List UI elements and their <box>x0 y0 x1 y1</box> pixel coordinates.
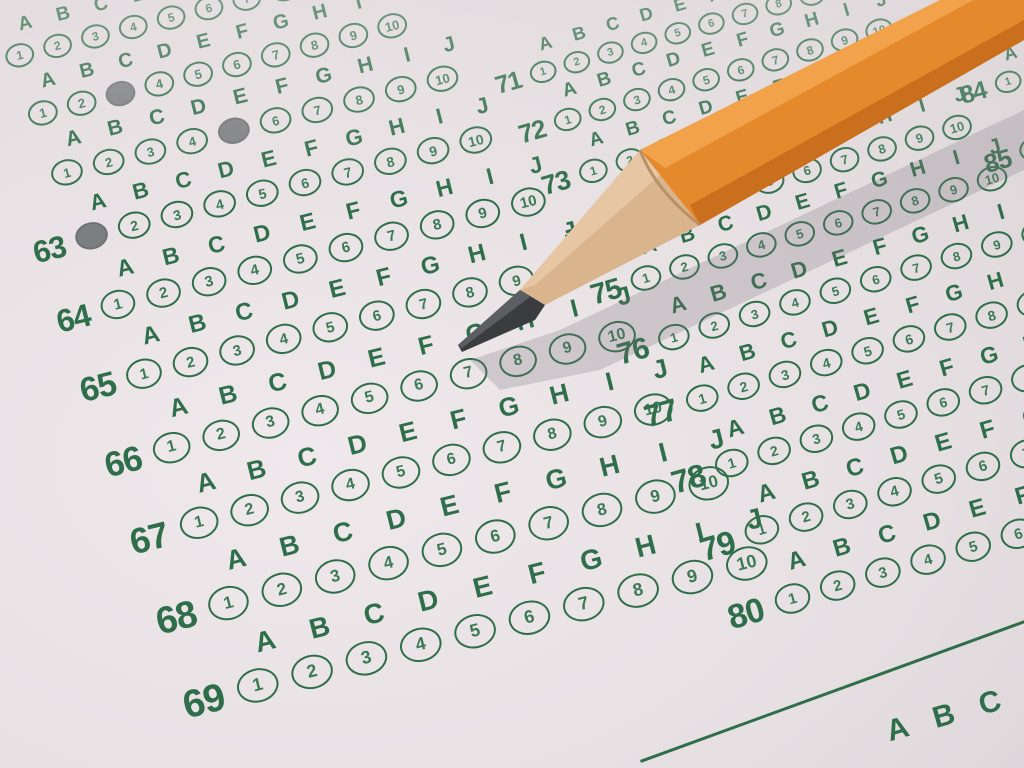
option-letter: H <box>530 373 588 416</box>
answer-bubble[interactable]: 3 <box>78 21 112 51</box>
option-letter: B <box>816 528 869 568</box>
answer-bubble[interactable]: 5 <box>918 460 960 498</box>
option-letter: D <box>713 143 757 176</box>
option-letter: E <box>750 132 794 165</box>
answer-bubble[interactable]: 9 <box>414 134 453 168</box>
answer-bubble[interactable]: 1 <box>97 286 138 323</box>
answer-bubble[interactable]: 6 <box>724 55 757 85</box>
answer-bubble[interactable]: 7 <box>559 582 608 625</box>
answer-bubble[interactable]: 7 <box>795 92 829 123</box>
option-letter: D <box>397 578 459 623</box>
option-letter: G <box>447 313 504 353</box>
answer-bubble[interactable]: 1 <box>602 208 638 240</box>
answer-bubble[interactable]: 1 <box>1017 134 1024 164</box>
answer-bubble[interactable]: 1 <box>3 40 37 70</box>
option-letter: A <box>206 538 267 581</box>
option-letter: F <box>758 71 801 103</box>
answer-bubble[interactable]: 7 <box>402 285 444 323</box>
option-letter: B <box>116 174 165 210</box>
option-letter: H <box>579 445 640 488</box>
answer-bubble[interactable]: 4 <box>298 391 342 430</box>
option-letter: C <box>619 55 660 86</box>
answer-bubble[interactable]: 2 <box>143 274 184 311</box>
question-number: 64 <box>52 296 94 340</box>
option-letter: F <box>506 551 568 596</box>
option-letter: I <box>900 89 944 122</box>
option-letter: A <box>50 122 98 156</box>
answer-bubble[interactable]: 4 <box>838 408 878 444</box>
answer-bubble[interactable]: 6 <box>257 104 294 137</box>
option-letter: D <box>202 152 251 188</box>
option-letter: C <box>249 363 306 403</box>
answer-bubble[interactable]: 6 <box>962 447 1004 485</box>
answer-bubble[interactable]: 5 <box>309 308 351 346</box>
answer-bubble[interactable]: 4 <box>174 125 211 158</box>
answer-bubble[interactable]: 6 <box>397 366 441 405</box>
answer-bubble[interactable]: 5 <box>952 528 995 567</box>
answer-bubble[interactable]: 3 <box>829 485 871 523</box>
answer-bubble[interactable]: 10 <box>542 250 584 288</box>
answer-bubble[interactable]: 8 <box>832 82 866 113</box>
option-letter: G <box>373 180 425 218</box>
option-letter: D <box>627 0 666 30</box>
answer-bubble[interactable]: 2 <box>64 87 99 119</box>
option-letter: C <box>313 512 374 555</box>
answer-bubble[interactable]: 8 <box>614 569 663 612</box>
answer-bubble[interactable]: 6 <box>192 0 226 23</box>
option-letter: E <box>951 490 1004 530</box>
answer-bubble[interactable]: 6 <box>286 166 325 200</box>
answer-bubble[interactable]: 4 <box>776 285 814 319</box>
option-letter: F <box>398 325 455 365</box>
answer-bubble[interactable]: 3 <box>248 403 292 442</box>
question-number: 65 <box>76 365 120 412</box>
answer-bubble[interactable]: 7 <box>329 155 368 189</box>
option-letter: I <box>415 99 464 135</box>
answer-bubble[interactable]: 2 <box>115 208 154 242</box>
answer-bubble[interactable]: 7 <box>299 94 336 127</box>
answer-bubble[interactable]: 9 <box>382 73 419 106</box>
option-letter: H <box>342 49 390 83</box>
answer-bubble[interactable]: 3 <box>705 240 742 273</box>
option-letter: D <box>906 502 959 542</box>
answer-bubble[interactable]: 5 <box>451 609 500 652</box>
option-letter: H <box>831 50 874 82</box>
option-letter: A <box>1015 104 1024 135</box>
answer-bubble[interactable]: 9 <box>935 174 972 207</box>
question-number: 80 <box>724 591 769 638</box>
option-letter: I <box>867 40 910 72</box>
option-letter: I <box>384 39 432 73</box>
answer-bubble[interactable]: 9 <box>1013 286 1024 321</box>
answer-bubble[interactable]: 9 <box>828 25 861 55</box>
answer-bubble[interactable]: 2 <box>639 197 675 229</box>
answer-bubble[interactable]: 3 <box>342 636 391 679</box>
answer-bubble[interactable]: 6 <box>759 103 793 134</box>
question-number: 69 <box>178 675 229 728</box>
answer-bubble[interactable]: 5 <box>690 65 723 95</box>
option-letter: J <box>425 29 473 63</box>
option-letter: F <box>430 399 488 442</box>
answer-bubble[interactable]: 6 <box>789 154 825 186</box>
option-letter: G <box>794 61 837 93</box>
option-letter: E <box>348 338 405 378</box>
answer-bubble[interactable]: 6 <box>429 440 475 480</box>
answer-bubble[interactable]: 3 <box>594 38 626 67</box>
option-letter: G <box>526 458 587 501</box>
answer-bubble[interactable]: 2 <box>785 498 827 536</box>
option-letter: C <box>133 101 181 135</box>
answer-bubble[interactable]: 7 <box>446 354 490 393</box>
answer-bubble[interactable]: 3 <box>862 554 905 593</box>
answer-bubble[interactable]: 2 <box>169 343 211 381</box>
option-letter: D <box>653 45 694 76</box>
answer-bubble[interactable]: 4 <box>396 623 445 666</box>
filled-bubble[interactable]: 1 <box>72 219 111 253</box>
answer-bubble[interactable]: 4 <box>234 252 275 289</box>
answer-bubble[interactable]: 4 <box>142 68 177 100</box>
answer-bubble[interactable]: 9 <box>495 262 537 300</box>
option-letter: G <box>404 247 457 286</box>
answer-bubble[interactable]: 2 <box>90 146 127 179</box>
answer-bubble[interactable]: 8 <box>578 489 626 532</box>
question-number: 66 <box>100 438 146 486</box>
answer-bubble[interactable]: 3 <box>189 263 230 300</box>
answer-bubble[interactable]: 1 <box>628 262 665 295</box>
answer-bubble[interactable]: 2 <box>227 490 273 530</box>
answer-bubble[interactable]: 10 <box>1018 216 1024 250</box>
answer-bubble[interactable]: 7 <box>371 218 412 255</box>
answer-bubble[interactable]: 9 <box>902 122 938 154</box>
answer-bubble[interactable]: 7 <box>827 143 863 175</box>
option-letter: F <box>220 16 264 48</box>
option-letter: F <box>287 131 336 167</box>
answer-bubble[interactable]: 8 <box>371 145 410 179</box>
option-letter: A <box>234 619 296 664</box>
answer-bubble[interactable]: 9 <box>978 228 1016 262</box>
option-letter: B <box>289 605 351 650</box>
option-letter: C <box>861 515 914 555</box>
answer-bubble[interactable]: 3 <box>158 198 197 232</box>
answer-bubble[interactable]: 8 <box>972 298 1011 333</box>
option-letter: A <box>991 39 1024 69</box>
answer-bubble[interactable]: 7 <box>479 427 525 467</box>
answer-sheet-photo: ABCDEFGHIJ12345678910ABCDEFGHIJ123456789… <box>0 0 1024 768</box>
answer-bubble[interactable]: 8 <box>864 132 900 164</box>
section-divider-line <box>640 616 1024 762</box>
next-section-header: ABCD <box>870 667 1024 753</box>
answer-bubble[interactable]: 3 <box>311 555 359 598</box>
option-letter: C <box>278 436 336 479</box>
answer-bubble[interactable]: 6 <box>219 48 254 80</box>
option-letter: I <box>464 157 516 195</box>
answer-bubble[interactable]: 1 <box>149 428 193 467</box>
answer-bubble[interactable]: 3 <box>677 186 713 218</box>
question-number: 72 <box>515 113 549 150</box>
answer-bubble[interactable]: 9 <box>462 195 503 232</box>
option-letter: B <box>259 525 320 568</box>
option-letter: G <box>259 6 303 38</box>
option-letter: D <box>142 35 186 67</box>
filled-bubble[interactable]: 3 <box>103 77 138 109</box>
answer-bubble[interactable]: 6 <box>820 207 857 240</box>
option-letter: E <box>721 82 764 114</box>
answer-bubble[interactable]: 8 <box>1008 360 1024 396</box>
option-letter: H <box>450 235 503 274</box>
question-number: 68 <box>152 593 201 644</box>
answer-bubble[interactable]: 10 <box>457 123 496 157</box>
answer-bubble[interactable]: 3 <box>620 85 653 115</box>
answer-bubble[interactable]: 1 <box>576 155 610 186</box>
option-letter: A <box>26 64 70 96</box>
answer-bubble[interactable]: 1 <box>683 381 722 416</box>
answer-bubble[interactable]: 4 <box>807 345 846 380</box>
answer-bubble[interactable]: 2 <box>41 31 75 61</box>
option-letter: F <box>327 192 379 230</box>
answer-bubble[interactable]: 1 <box>233 663 282 706</box>
answer-bubble[interactable]: 8 <box>530 415 576 455</box>
answer-bubble[interactable]: 2 <box>586 95 619 125</box>
option-letter: E <box>379 411 437 454</box>
answer-bubble[interactable]: 3 <box>765 357 804 392</box>
answer-bubble[interactable]: 4 <box>655 75 688 105</box>
option-letter: A <box>124 316 177 355</box>
option-letter: F <box>723 25 764 56</box>
answer-bubble[interactable]: 2 <box>754 432 794 468</box>
answer-bubble[interactable]: 9 <box>336 19 371 51</box>
answer-bubble[interactable]: 7 <box>258 39 293 71</box>
option-letter: C <box>648 103 691 135</box>
answer-bubble[interactable]: 7 <box>1006 435 1024 473</box>
answer-bubble[interactable]: 3 <box>132 135 169 168</box>
answer-bubble[interactable]: 9 <box>868 71 902 102</box>
answer-bubble[interactable]: 1 <box>655 320 693 354</box>
option-letter: I <box>497 224 550 263</box>
filled-bubble[interactable]: 5 <box>215 115 252 148</box>
option-letter: D <box>175 91 223 125</box>
option-letter: C <box>79 0 122 21</box>
option-letter: H <box>298 0 342 29</box>
option-letter: H <box>497 301 554 341</box>
answer-bubble[interactable]: 6 <box>923 384 963 420</box>
option-letter: C <box>217 293 270 332</box>
answer-bubble[interactable]: 4 <box>365 542 413 585</box>
option-letter: D <box>329 424 387 467</box>
answer-bubble[interactable]: 6 <box>325 229 366 266</box>
answer-bubble[interactable]: 8 <box>793 35 826 65</box>
option-letter: A <box>600 175 644 208</box>
answer-bubble[interactable]: 4 <box>714 175 750 207</box>
answer-bubble[interactable]: 4 <box>116 12 150 42</box>
option-letter: C <box>675 154 719 187</box>
answer-bubble[interactable]: 6 <box>471 515 519 558</box>
answer-bubble[interactable]: 5 <box>881 396 921 432</box>
option-letter: C <box>343 592 405 637</box>
answer-bubble[interactable]: 6 <box>356 297 398 335</box>
answer-bubble[interactable]: 8 <box>897 185 934 218</box>
answer-bubble[interactable]: 4 <box>743 229 780 262</box>
option-letter: A <box>150 387 207 427</box>
answer-bubble[interactable]: 10 <box>863 16 896 46</box>
answer-bubble[interactable]: 8 <box>449 274 491 312</box>
answer-bubble[interactable]: 5 <box>280 240 321 277</box>
answer-bubble[interactable]: 4 <box>874 473 916 511</box>
option-letter: B <box>145 237 197 275</box>
answer-bubble[interactable]: 5 <box>347 378 391 417</box>
answer-bubble[interactable]: 5 <box>180 58 215 90</box>
option-letter: H <box>615 524 677 569</box>
answer-bubble[interactable]: 5 <box>752 165 788 197</box>
option-letter: F <box>788 122 832 155</box>
option-letter: C <box>159 163 208 199</box>
answer-bubble[interactable]: 2 <box>258 569 306 612</box>
option-letter: E <box>181 26 225 58</box>
question-number: 67 <box>126 514 173 564</box>
option-letter: J <box>904 29 947 61</box>
option-letter: H <box>792 6 833 37</box>
option-letter: E <box>688 35 729 66</box>
option-letter: G <box>330 120 379 156</box>
option-letter: E <box>244 142 293 178</box>
option-letter: D <box>366 498 427 541</box>
answer-bubble[interactable]: 1 <box>992 68 1024 97</box>
answer-bubble[interactable]: 8 <box>937 239 975 273</box>
answer-bubble[interactable]: 10 <box>905 61 939 92</box>
answer-bubble[interactable]: 10 <box>424 63 461 96</box>
option-letter: E <box>281 203 333 241</box>
answer-bubble[interactable]: 2 <box>199 415 243 454</box>
answer-bubble[interactable]: 5 <box>722 113 756 144</box>
answer-bubble[interactable]: 8 <box>417 206 458 243</box>
option-letter: C <box>104 45 148 77</box>
answer-bubble[interactable]: 4 <box>686 123 720 154</box>
answer-bubble[interactable]: 1 <box>771 580 814 619</box>
answer-bubble[interactable]: 7 <box>931 310 970 345</box>
answer-bubble[interactable]: 8 <box>268 0 302 4</box>
answer-bubble[interactable]: 7 <box>858 196 895 229</box>
answer-bubble[interactable]: 8 <box>340 83 377 116</box>
option-letter: G <box>300 60 348 94</box>
answer-bubble[interactable]: 5 <box>848 334 887 369</box>
answer-bubble[interactable]: 2 <box>561 48 593 77</box>
option-letter: A <box>526 29 565 59</box>
option-letter: D <box>236 214 288 252</box>
answer-bubble[interactable]: 9 <box>545 329 589 368</box>
answer-bubble[interactable]: 4 <box>328 465 374 505</box>
option-letter: E <box>419 485 480 528</box>
answer-bubble[interactable]: 7 <box>897 251 935 285</box>
answer-bubble[interactable]: 5 <box>418 529 466 572</box>
answer-bubble[interactable]: 4 <box>263 320 305 358</box>
answer-bubble[interactable]: 4 <box>200 187 239 221</box>
option-letter: B <box>584 65 625 96</box>
option-letter: G <box>480 386 538 429</box>
answer-bubble[interactable]: 1 <box>123 355 165 393</box>
option-letter: E <box>311 270 364 309</box>
option-letter: B <box>65 55 109 87</box>
answer-bubble[interactable]: 8 <box>496 341 540 380</box>
answer-bubble[interactable]: 5 <box>243 177 282 211</box>
answer-bubble[interactable]: 1 <box>176 503 222 543</box>
answer-bubble[interactable]: 6 <box>997 515 1024 554</box>
answer-bubble[interactable]: 1 <box>551 105 584 135</box>
answer-bubble[interactable]: 10 <box>375 10 410 42</box>
answer-bubble[interactable]: 5 <box>782 218 819 251</box>
answer-bubble[interactable]: 5 <box>378 453 424 493</box>
answer-bubble[interactable]: 7 <box>729 0 761 28</box>
answer-bubble[interactable]: 2 <box>288 650 337 693</box>
option-letter: E <box>452 564 514 609</box>
option-letter: A <box>74 184 123 220</box>
option-letter: A <box>4 9 47 40</box>
option-letter: B <box>612 113 655 145</box>
answer-bubble[interactable]: 2 <box>613 144 647 175</box>
option-letter: B <box>228 449 286 492</box>
option-letter: B <box>42 0 85 30</box>
answer-bubble[interactable]: 6 <box>505 596 554 639</box>
option-letter: B <box>559 19 598 49</box>
answer-bubble[interactable]: 4 <box>907 541 950 580</box>
option-letter: D <box>264 282 317 321</box>
option-letter: B <box>92 112 140 146</box>
option-letter: C <box>593 9 632 39</box>
answer-bubble[interactable]: 5 <box>816 274 854 308</box>
answer-bubble[interactable]: 1 <box>205 582 253 625</box>
answer-bubble[interactable]: 10 <box>939 111 975 143</box>
answer-bubble[interactable]: 6 <box>695 9 727 38</box>
answer-bubble[interactable]: 1 <box>527 58 559 87</box>
answer-bubble[interactable]: 6 <box>857 262 895 296</box>
option-letter: H <box>418 169 470 207</box>
answer-bubble[interactable]: 2 <box>724 369 763 404</box>
option-letter: B <box>638 165 682 198</box>
answer-bubble[interactable]: 3 <box>736 297 774 331</box>
answer-bubble[interactable]: 7 <box>965 372 1005 408</box>
answer-bubble[interactable]: 1 <box>48 156 85 189</box>
answer-bubble[interactable]: 2 <box>816 567 859 606</box>
option-letter: H <box>372 110 421 146</box>
answer-bubble[interactable]: 5 <box>662 19 694 48</box>
answer-bubble[interactable]: 7 <box>230 0 264 14</box>
answer-bubble[interactable]: 2 <box>695 309 733 343</box>
option-letter: B <box>200 375 257 415</box>
answer-bubble[interactable]: 1 <box>25 97 60 129</box>
answer-bubble[interactable]: 9 <box>580 402 626 442</box>
answer-bubble[interactable]: 3 <box>796 420 836 456</box>
option-letter: F <box>258 70 306 104</box>
option-letter: D <box>299 350 356 390</box>
option-letter: A <box>575 124 618 156</box>
option-letter: G <box>560 537 622 582</box>
option-letter: D <box>685 92 728 124</box>
answer-bubble[interactable]: 6 <box>889 322 928 357</box>
option-letter: F <box>473 472 534 515</box>
answer-bubble[interactable]: 4 <box>628 29 660 58</box>
option-letter: G <box>757 16 798 47</box>
option-letter: B <box>171 305 224 344</box>
answer-bubble[interactable]: 7 <box>525 502 573 545</box>
answer-bubble[interactable]: 8 <box>297 29 332 61</box>
answer-bubble[interactable]: 3 <box>277 478 323 518</box>
question-number: 63 <box>29 229 69 272</box>
answer-bubble[interactable]: 2 <box>666 251 703 284</box>
answer-bubble[interactable]: 3 <box>216 332 258 370</box>
answer-bubble[interactable]: 3 <box>649 134 683 165</box>
answer-bubble[interactable]: 7 <box>759 45 792 75</box>
option-letter: C <box>190 226 242 264</box>
answer-bubble[interactable]: 5 <box>154 2 188 32</box>
option-letter: F <box>357 258 410 297</box>
